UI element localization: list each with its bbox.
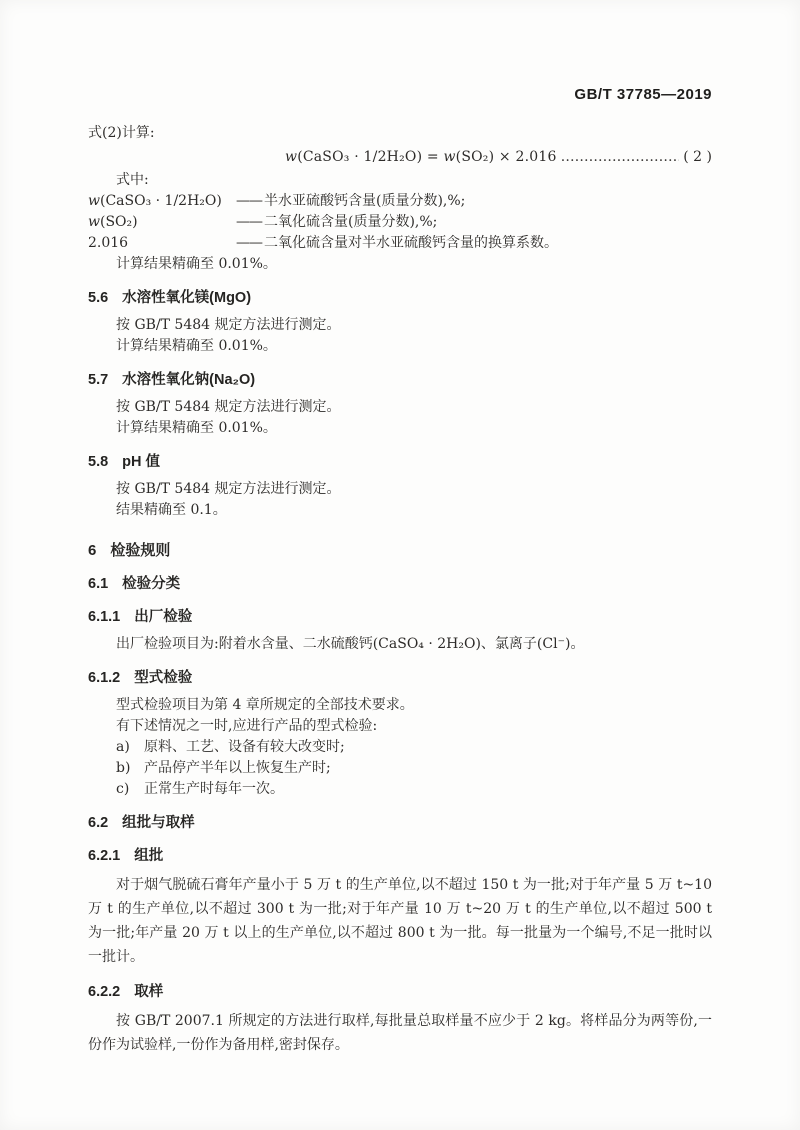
heading-number: 5.6 [88, 288, 108, 308]
heading-number: 5.7 [88, 370, 108, 390]
heading-6-2: 6.2 组批与取样 [88, 813, 712, 833]
definition-dash: —— [236, 233, 262, 254]
heading-title: 取样 [134, 982, 163, 1002]
symbol-term: w(CaSO₃ · 1/2H₂O) [88, 191, 236, 212]
heading-number: 6.1.2 [88, 668, 120, 688]
equation-right-side: (SO₂) × 2.016 [456, 149, 557, 165]
list-item-text: 正常生产时每年一次。 [144, 779, 284, 800]
list-item: b) 产品停产半年以上恢复生产时; [88, 758, 712, 779]
equation-variable-w: w [443, 149, 455, 165]
definition-text: 半水亚硫酸钙含量(质量分数),%; [262, 191, 465, 212]
list-marker: a) [116, 737, 144, 758]
definition-dash: —— [236, 191, 262, 212]
definition-text: 二氧化硫含量对半水亚硫酸钙含量的换算系数。 [262, 233, 558, 254]
heading-number: 6.1.1 [88, 607, 120, 627]
list-marker: c) [116, 779, 144, 800]
heading-title: 检验规则 [110, 540, 170, 561]
equation-2: w(CaSO₃ · 1/2H₂O) = w(SO₂) × 2.016 [285, 146, 557, 168]
heading-6-1-2: 6.1.2 型式检验 [88, 668, 712, 688]
condition-list: a) 原料、工艺、设备有较大改变时; b) 产品停产半年以上恢复生产时; c) … [88, 737, 712, 800]
equation-variable-w: w [285, 149, 297, 165]
heading-number: 6 [88, 540, 96, 561]
heading-6-1: 6.1 检验分类 [88, 574, 712, 594]
dot-leader: ……………………………………… [561, 146, 680, 168]
list-item-text: 产品停产半年以上恢复生产时; [144, 758, 331, 779]
equation-left-side: (CaSO₃ · 1/2H₂O) = [297, 149, 443, 165]
symbol-term: 2.016 [88, 233, 236, 254]
heading-title: 水溶性氧化镁(MgO) [122, 288, 251, 308]
precision-note: 计算结果精确至 0.01%。 [88, 254, 712, 275]
heading-title: 组批 [134, 846, 163, 866]
equation-number: ( 2 ) [683, 146, 712, 168]
heading-number: 6.2.1 [88, 846, 120, 866]
heading-title: 组批与取样 [122, 813, 195, 833]
factory-inspection-items: 出厂检验项目为:附着水含量、二水硫酸钙(CaSO₄ · 2H₂O)、氯离子(Cl… [88, 634, 712, 655]
symbol-formula: (CaSO₃ · 1/2H₂O) [100, 193, 222, 209]
standard-number: GB/T 37785—2019 [574, 86, 712, 103]
heading-6-2-1: 6.2.1 组批 [88, 846, 712, 866]
heading-number: 6.2.2 [88, 982, 120, 1002]
symbol-formula: (SO₂) [100, 214, 138, 230]
symbol-definition-row: w(CaSO₃ · 1/2H₂O) —— 半水亚硫酸钙含量(质量分数),%; [88, 191, 712, 212]
heading-5-7: 5.7 水溶性氧化钠(Na₂O) [88, 370, 712, 390]
heading-5-8: 5.8 pH 值 [88, 452, 712, 472]
list-item: a) 原料、工艺、设备有较大改变时; [88, 737, 712, 758]
heading-number: 6.1 [88, 574, 108, 594]
heading-title: 检验分类 [122, 574, 180, 594]
heading-number: 5.8 [88, 452, 108, 472]
equation-2-row: w(CaSO₃ · 1/2H₂O) = w(SO₂) × 2.016 ……………… [88, 146, 712, 168]
heading-chapter-6: 6 检验规则 [88, 540, 712, 561]
list-item-text: 原料、工艺、设备有较大改变时; [144, 737, 345, 758]
symbol-variable: w [88, 214, 100, 230]
type-inspection-conditions-lead: 有下述情况之一时,应进行产品的型式检验: [88, 716, 712, 737]
symbol-formula: 2.016 [88, 235, 128, 251]
precision-line: 计算结果精确至 0.01%。 [88, 336, 712, 357]
symbol-definition-list: w(CaSO₃ · 1/2H₂O) —— 半水亚硫酸钙含量(质量分数),%; w… [88, 191, 712, 254]
definition-dash: —— [236, 212, 262, 233]
heading-6-2-2: 6.2.2 取样 [88, 982, 712, 1002]
heading-6-1-1: 6.1.1 出厂检验 [88, 607, 712, 627]
heading-title: pH 值 [122, 452, 160, 472]
symbol-variable: w [88, 193, 100, 209]
heading-title: 水溶性氧化钠(Na₂O) [122, 370, 255, 390]
type-inspection-scope: 型式检验项目为第 4 章所规定的全部技术要求。 [88, 695, 712, 716]
list-item: c) 正常生产时每年一次。 [88, 779, 712, 800]
heading-title: 型式检验 [134, 668, 192, 688]
definition-text: 二氧化硫含量(质量分数),%; [262, 212, 437, 233]
symbol-term: w(SO₂) [88, 212, 236, 233]
sampling-rule-paragraph: 按 GB/T 2007.1 所规定的方法进行取样,每批量总取样量不应少于 2 k… [88, 1009, 712, 1057]
method-line: 按 GB/T 5484 规定方法进行测定。 [88, 315, 712, 336]
symbol-definition-row: 2.016 —— 二氧化硫含量对半水亚硫酸钙含量的换算系数。 [88, 233, 712, 254]
method-line: 按 GB/T 5484 规定方法进行测定。 [88, 397, 712, 418]
batching-rule-paragraph: 对于烟气脱硫石膏年产量小于 5 万 t 的生产单位,以不超过 150 t 为一批… [88, 873, 712, 969]
standard-document-page: GB/T 37785—2019 式(2)计算: w(CaSO₃ · 1/2H₂O… [0, 0, 800, 1130]
heading-5-6: 5.6 水溶性氧化镁(MgO) [88, 288, 712, 308]
heading-title: 出厂检验 [134, 607, 192, 627]
page-header: GB/T 37785—2019 [88, 86, 712, 103]
list-marker: b) [116, 758, 144, 779]
formula-intro-line: 式(2)计算: [88, 123, 712, 144]
precision-line: 计算结果精确至 0.01%。 [88, 418, 712, 439]
heading-number: 6.2 [88, 813, 108, 833]
where-clause-label: 式中: [88, 170, 712, 191]
precision-line: 结果精确至 0.1。 [88, 500, 712, 521]
method-line: 按 GB/T 5484 规定方法进行测定。 [88, 479, 712, 500]
symbol-definition-row: w(SO₂) —— 二氧化硫含量(质量分数),%; [88, 212, 712, 233]
